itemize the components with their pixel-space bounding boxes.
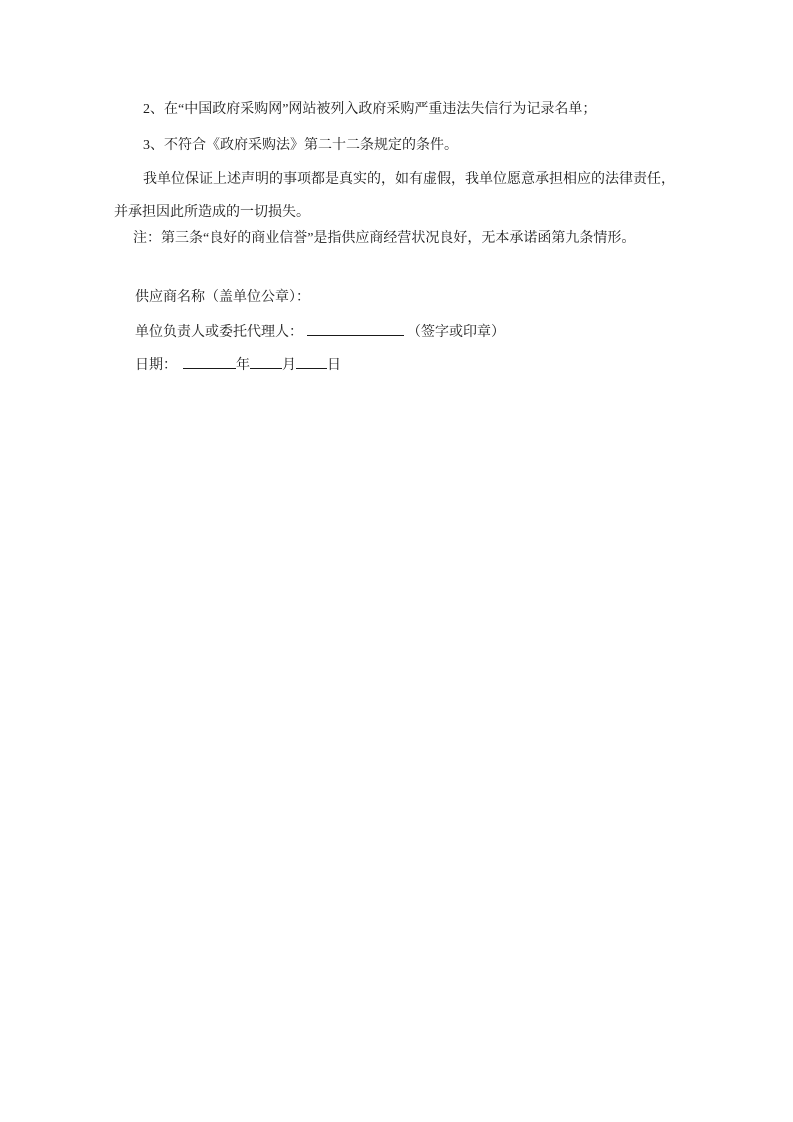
supplier-name-line: 供应商名称（盖单位公章）： [135,289,310,306]
list-item-2: 2、在“中国政府采购网”网站被列入政府采购严重违法失信行为记录名单； [143,101,596,118]
signatory-line: 单位负责人或委托代理人：（签字或印章） [135,322,505,341]
guarantee-paragraph-line-2: 并承担因此所造成的一切损失。 [114,204,310,221]
supplier-name-label: 供应商名称（盖单位公章）： [135,290,310,305]
date-label: 日期： [135,358,177,373]
signatory-suffix-label: （签字或印章） [407,325,505,340]
note-paragraph: 注：第三条“良好的商业信誉”是指供应商经营状况良好，无本承诺函第九条情形。 [133,230,635,247]
date-line: 日期：年月日 [135,355,341,374]
month-blank-line [250,355,282,369]
month-unit-label: 月 [282,358,296,373]
document-page: 2、在“中国政府采购网”网站被列入政府采购严重违法失信行为记录名单； 3、不符合… [0,0,793,1122]
list-item-3: 3、不符合《政府采购法》第二十二条规定的条件。 [143,137,458,154]
year-blank-line [183,355,236,369]
day-blank-line [296,355,327,369]
day-unit-label: 日 [327,358,341,373]
signatory-blank-line [307,322,404,336]
year-unit-label: 年 [236,358,250,373]
signatory-label: 单位负责人或委托代理人： [135,325,303,340]
guarantee-paragraph-line-1: 我单位保证上述声明的事项都是真实的，如有虚假，我单位愿意承担相应的法律责任， [143,171,675,188]
